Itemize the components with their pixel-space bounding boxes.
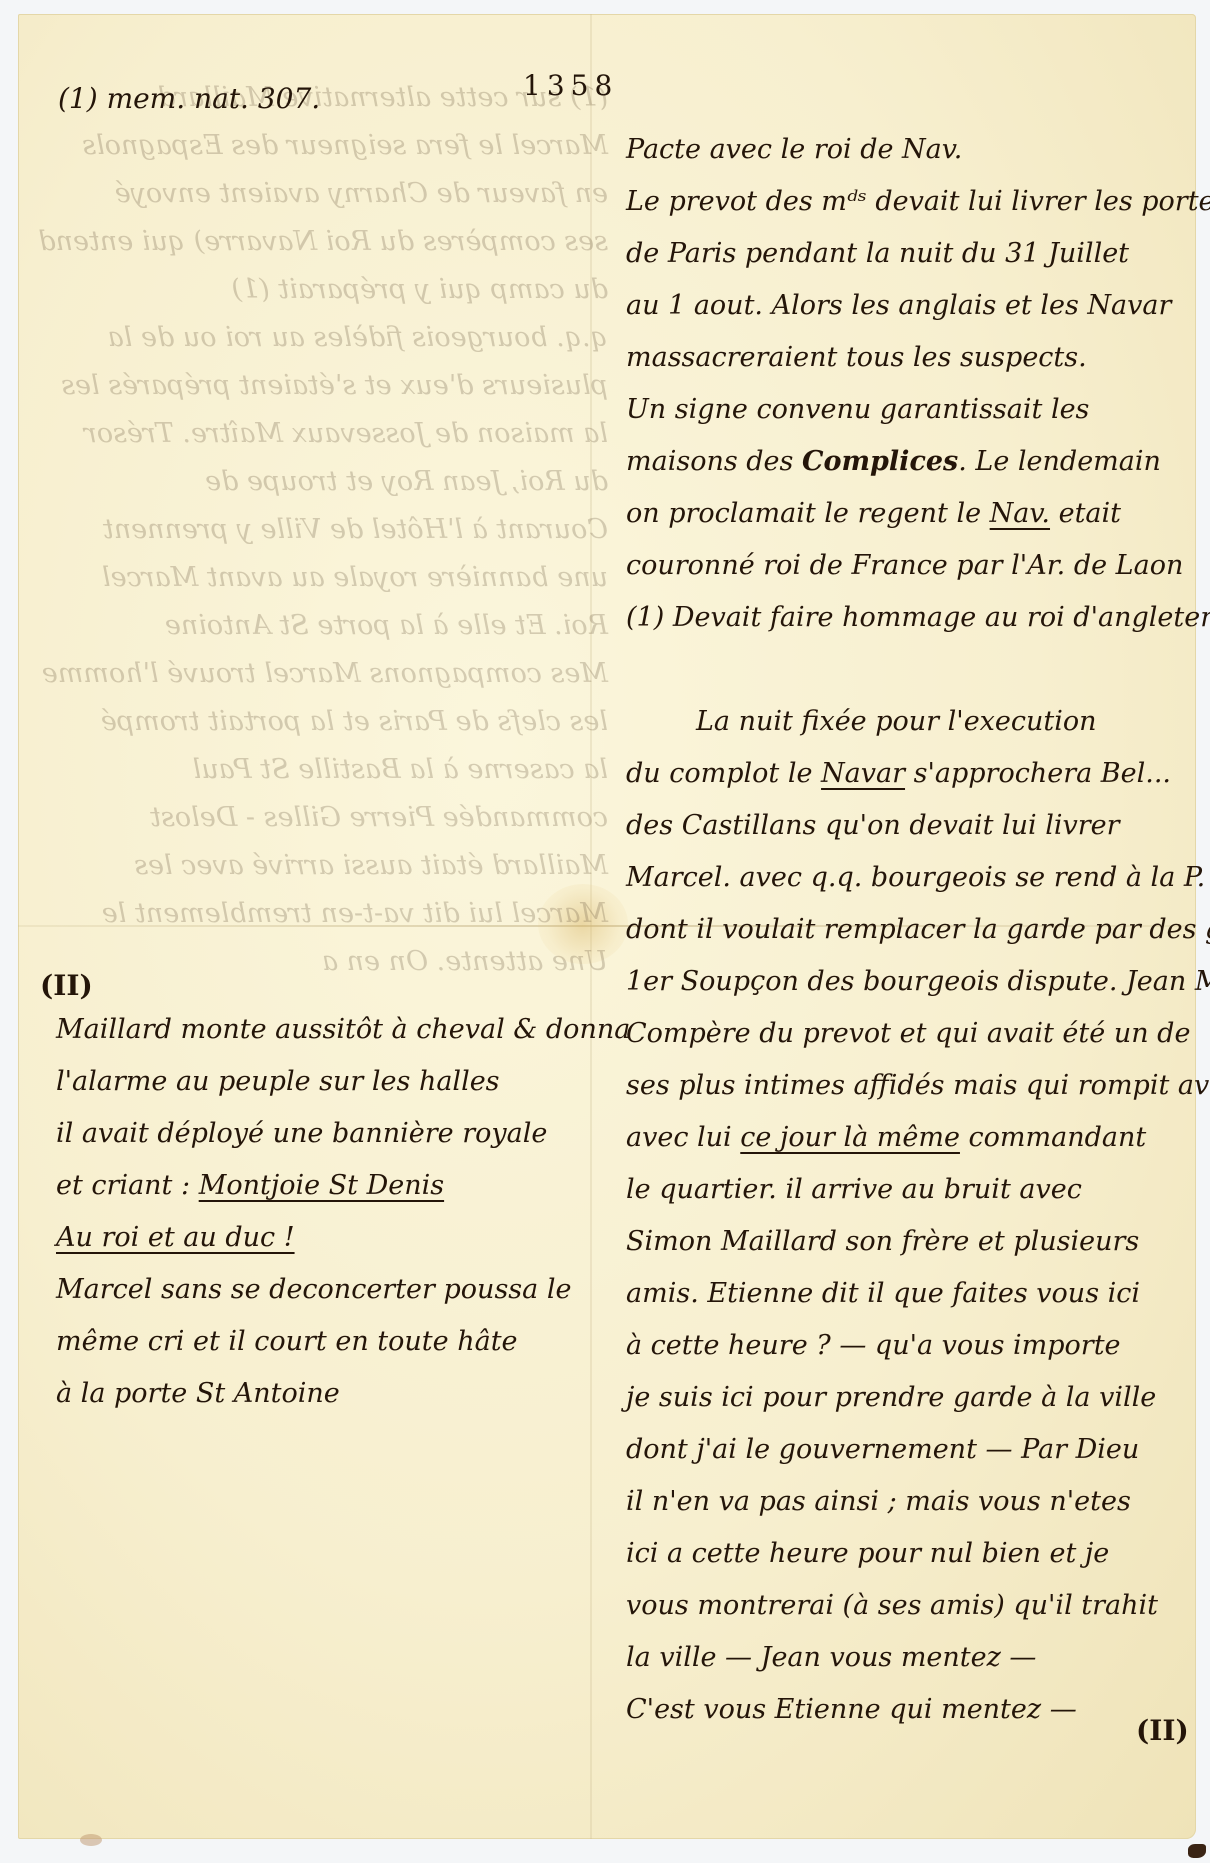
manuscript-line: Marcel sans se deconcerter poussa le	[56, 1264, 606, 1316]
bleed-through-line: la maison de Jossevaux Maître. Trésor	[48, 410, 608, 458]
manuscript-line: à la porte St Antoine	[56, 1368, 606, 1420]
manuscript-line: des Castillans qu'on devait lui livrer	[626, 800, 1206, 852]
manuscript-line: 1er Soupçon des bourgeois dispute. Jean …	[626, 956, 1206, 1008]
bleed-through-line: du Roi, Jean Roy et troupe de	[48, 458, 608, 506]
bleed-through-line: Marcel lui dit va-t-en tremblement le	[48, 890, 608, 938]
bleed-through-line: une bannière royale au avant Marcel	[48, 554, 608, 602]
manuscript-line: Un signe convenu garantissait les	[626, 384, 1206, 436]
section-marker: (II)	[40, 969, 93, 1002]
manuscript-line: l'alarme au peuple sur les halles	[56, 1056, 606, 1108]
bleed-through-line: Une attente. On en a	[48, 938, 608, 986]
manuscript-line: ses plus intimes affidés mais qui rompit…	[626, 1060, 1206, 1112]
manuscript-line: dont il voulait remplacer la garde par d…	[626, 904, 1206, 956]
manuscript-line: Simon Maillard son frère et plusieurs	[626, 1216, 1206, 1268]
manuscript-line: couronné roi de France par l'Ar. de Laon	[626, 540, 1206, 592]
manuscript-line: et criant : Montjoie St Denis	[56, 1160, 606, 1212]
manuscript-line: il avait déployé une bannière royale	[56, 1108, 606, 1160]
manuscript-line: je suis ici pour prendre garde à la vill…	[626, 1372, 1206, 1424]
manuscript-line: à cette heure ? — qu'a vous importe	[626, 1320, 1206, 1372]
manuscript-line: C'est vous Etienne qui mentez —	[626, 1684, 1206, 1736]
left-column-text: Maillard monte aussitôt à cheval & donna…	[56, 1004, 606, 1420]
manuscript-line: Le prevot des mᵈˢ devait lui livrer les …	[626, 176, 1206, 228]
manuscript-line: dont j'ai le gouvernement — Par Dieu	[626, 1424, 1206, 1476]
manuscript-line: massacreraient tous les suspects.	[626, 332, 1206, 384]
bleed-through-line: Maillard était aussi arrivé avec les	[48, 842, 608, 890]
manuscript-line: maisons des Complices. Le lendemain	[626, 436, 1206, 488]
bleed-through-line: du camp qui y préparait (1)	[48, 266, 608, 314]
corner-ink-blot	[1188, 1844, 1206, 1858]
bleed-through-line: Mes compagnons Marcel trouvé l'homme	[48, 650, 608, 698]
bleed-through-line: Marcel le fera seigneur des Espagnols	[48, 122, 608, 170]
bleed-through-line: q.q. bourgeois fidèles au roi ou de la	[48, 314, 608, 362]
manuscript-line: même cri et il court en toute hâte	[56, 1316, 606, 1368]
paragraph-gap	[626, 644, 1206, 696]
manuscript-line: (1) Devait faire hommage au roi d'anglet…	[626, 592, 1206, 644]
manuscript-line: le quartier. il arrive au bruit avec	[626, 1164, 1206, 1216]
manuscript-line: vous montrerai (à ses amis) qu'il trahit	[626, 1580, 1206, 1632]
bleed-through-text: (1) sur cette alternative MaillardMarcel…	[48, 74, 608, 986]
bleed-through-line: plusieurs d'eux et s'étaient préparés le…	[48, 362, 608, 410]
manuscript-line: Au roi et au duc !	[56, 1212, 606, 1264]
manuscript-line: La nuit fixée pour l'execution	[626, 696, 1206, 748]
manuscript-line: du complot le Navar s'approchera Bel...	[626, 748, 1206, 800]
section-marker-end: (II)	[1136, 1714, 1189, 1747]
bleed-through-line: en faveur de Charny avaient envoyé	[48, 170, 608, 218]
manuscript-line: il n'en va pas ainsi ; mais vous n'etes	[626, 1476, 1206, 1528]
bleed-through-line: les clefs de Paris et la portait trompé	[48, 698, 608, 746]
bleed-through-line: commandée Pierre Gilles - Delost	[48, 794, 608, 842]
manuscript-line: Compère du prevot et qui avait été un de	[626, 1008, 1206, 1060]
year-label: 1358	[523, 69, 618, 102]
header-reference: (1) mem. nat. 307.	[58, 82, 320, 115]
bleed-through-line: Roi. Et elle à la porte St Antoine	[48, 602, 608, 650]
manuscript-line: la ville — Jean vous mentez —	[626, 1632, 1206, 1684]
manuscript-line: on proclamait le regent le Nav. etait	[626, 488, 1206, 540]
right-column-text: Pacte avec le roi de Nav.Le prevot des m…	[626, 124, 1206, 1736]
manuscript-page: (1) sur cette alternative MaillardMarcel…	[18, 14, 1196, 1839]
manuscript-line: ici a cette heure pour nul bien et je	[626, 1528, 1206, 1580]
manuscript-line: de Paris pendant la nuit du 31 Juillet	[626, 228, 1206, 280]
manuscript-line: amis. Etienne dit il que faites vous ici	[626, 1268, 1206, 1320]
bleed-through-line: ses compères du Roi Navarre) qui entend	[48, 218, 608, 266]
manuscript-line: Maillard monte aussitôt à cheval & donna	[56, 1004, 606, 1056]
manuscript-line: Marcel. avec q.q. bourgeois se rend à la…	[626, 852, 1206, 904]
manuscript-line: au 1 aout. Alors les anglais et les Nava…	[626, 280, 1206, 332]
edge-stain	[80, 1834, 102, 1846]
manuscript-line: Pacte avec le roi de Nav.	[626, 124, 1206, 176]
bleed-through-line: Courant à l'Hôtel de Ville y prennent	[48, 506, 608, 554]
bleed-through-line: la caserne à la Bastille St Paul	[48, 746, 608, 794]
manuscript-line: avec lui ce jour là même commandant	[626, 1112, 1206, 1164]
